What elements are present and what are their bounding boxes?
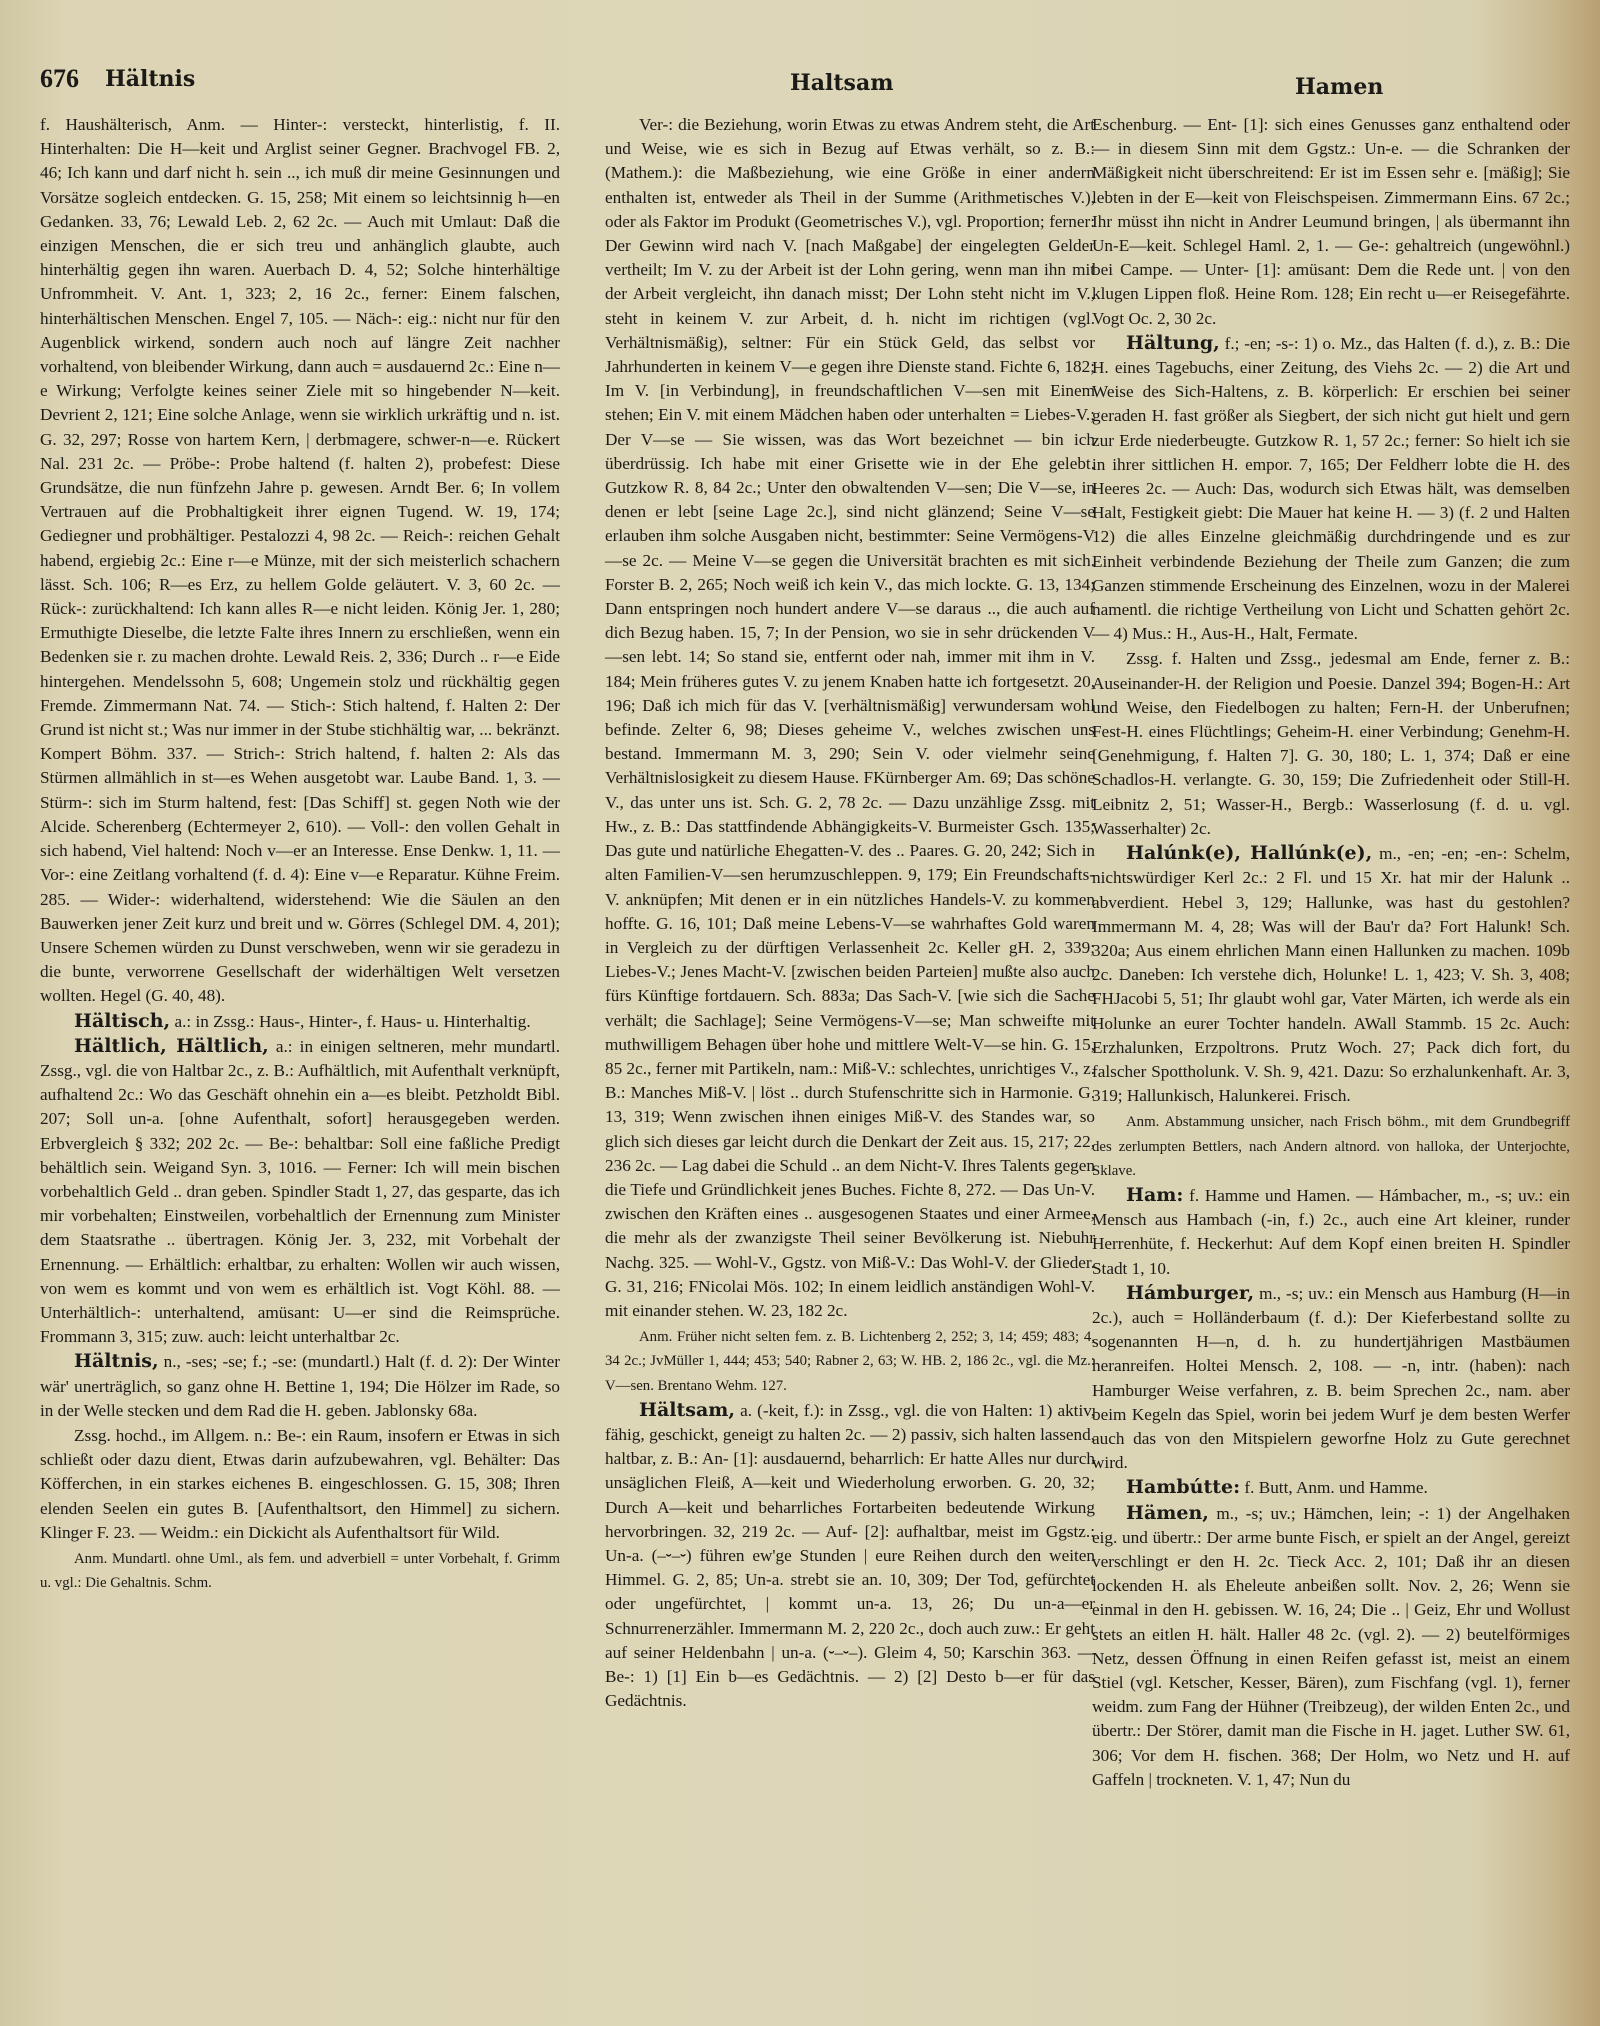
entry-verhaeltnis: Ver-: die Beziehung, worin Etwas zu etwa…	[605, 112, 1095, 1323]
entry-haeltnis: Hältnis, n., -ses; -se; f.; -se: (mundar…	[40, 1349, 560, 1423]
running-header: 676 Hältnis Haltsam Hamen	[0, 56, 1600, 96]
entry-haeltlich: Hältlich, Hältlich, a.: in einigen seltn…	[40, 1034, 560, 1350]
entry-haeltisch: Hältisch, a.: in Zssg.: Haus-, Hinter-, …	[40, 1009, 560, 1034]
entry-note: Anm. Früher nicht selten fem. z. B. Lich…	[605, 1323, 1095, 1398]
headword: Halúnk(e), Hallúnk(e),	[1126, 842, 1372, 864]
headword: Ham:	[1126, 1184, 1183, 1206]
entry-note: Anm. Abstammung unsicher, nach Frisch bö…	[1092, 1108, 1570, 1183]
left-catchword: Hältnis	[105, 66, 195, 92]
entry-halunke: Halúnk(e), Hallúnk(e), m., -en; -en; -en…	[1092, 841, 1570, 1108]
entry-hambutte: Hambútte: f. Butt, Anm. und Hamme.	[1092, 1475, 1570, 1500]
entry-haeltung: Hältung, f.; -en; -s-: 1) o. Mz., das Ha…	[1092, 331, 1570, 647]
headword: Hältnis,	[74, 1350, 159, 1372]
entry-hamen: Hämen, m., -s; uv.; Hämchen, lein; -: 1)…	[1092, 1501, 1570, 1792]
headword: Hältung,	[1126, 332, 1220, 354]
middle-catchword: Haltsam	[790, 70, 893, 96]
headword: Hambútte:	[1126, 1476, 1240, 1498]
headword: Hältisch,	[74, 1010, 170, 1032]
headword: Hältsam,	[639, 1399, 735, 1421]
entry-compounds: Zssg. hochd., im Allgem. n.: Be-: ein Ra…	[40, 1423, 560, 1545]
headword: Hältlich, Hältlich,	[74, 1035, 269, 1057]
page-number: 676	[40, 64, 79, 94]
entry-note: Anm. Mundartl. ohne Uml., als fem. und a…	[40, 1545, 560, 1595]
entry-compounds: Zssg. f. Halten und Zssg., jedesmal am E…	[1092, 646, 1570, 841]
headword: Hámburger,	[1126, 1282, 1254, 1304]
entry-ham: Ham: f. Hamme und Hamen. — Hámbacher, m.…	[1092, 1183, 1570, 1281]
column-1: f. Haushälterisch, Anm. — Hinter-: verst…	[40, 112, 560, 1595]
headword: Hämen,	[1126, 1502, 1209, 1524]
entry-continuation: Eschenburg. — Ent- [1]: sich eines Genus…	[1092, 112, 1570, 331]
column-2: Ver-: die Beziehung, worin Etwas zu etwa…	[605, 112, 1095, 1713]
entry-continuation: f. Haushälterisch, Anm. — Hinter-: verst…	[40, 112, 560, 1009]
column-3: Eschenburg. — Ent- [1]: sich eines Genus…	[1092, 112, 1570, 1792]
entry-hamburger: Hámburger, m., -s; uv.: ein Mensch aus H…	[1092, 1281, 1570, 1476]
entry-haeltsam: Hältsam, a. (-keit, f.): in Zssg., vgl. …	[605, 1398, 1095, 1714]
dictionary-page: 676 Hältnis Haltsam Hamen f. Haushälteri…	[0, 0, 1600, 2026]
right-catchword: Hamen	[1295, 74, 1383, 100]
